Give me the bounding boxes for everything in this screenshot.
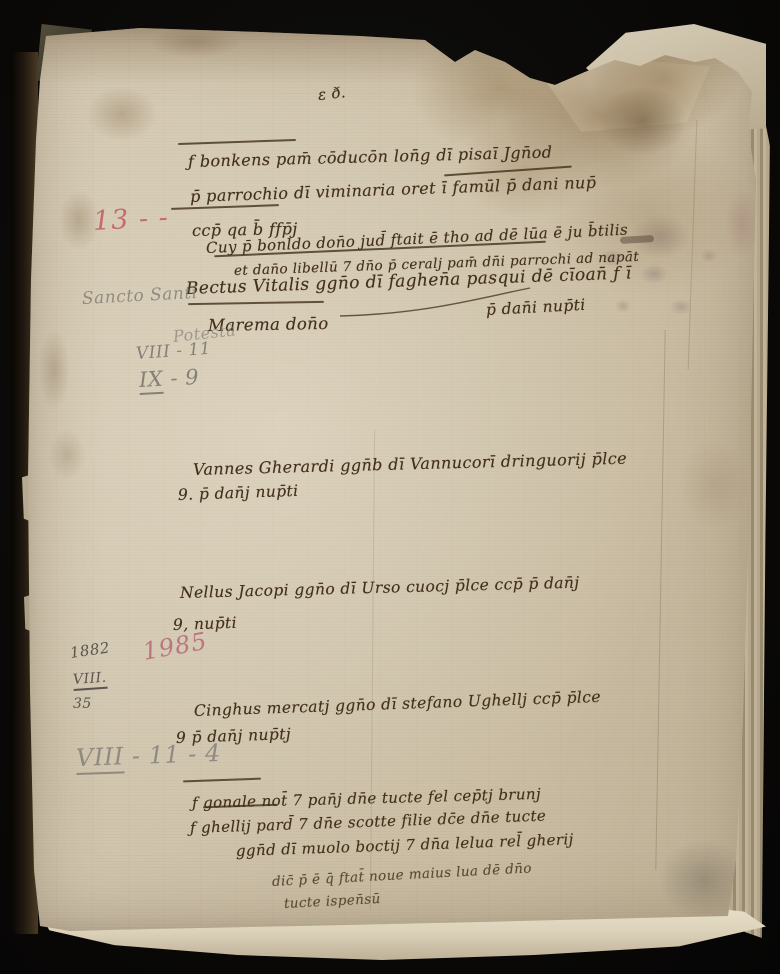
header-mark: ɛ ð. xyxy=(317,83,347,104)
flourish-line xyxy=(330,280,550,330)
ink-line: Cinghus mercatj ggn̄o dī stefano Ughellj… xyxy=(194,688,602,720)
ink-line: Vannes Gherardi ggn̄b dī Vannucorī dring… xyxy=(193,449,627,479)
strike-mark xyxy=(188,301,324,305)
pencil-names-annotation: Sancto Santi xyxy=(81,283,198,309)
roman-numeral: VIII xyxy=(135,342,171,364)
show-through-stain xyxy=(725,189,759,259)
photo-backdrop: ɛ ð. ƒ bonkens pam̄ cōducōn lon̄g dī pis… xyxy=(0,0,780,974)
reference-number: - 9 xyxy=(163,365,200,391)
ink-line: Nellus Jacopi ggn̄o dī Urso cuocj p̄lce … xyxy=(180,574,580,602)
strike-mark xyxy=(178,139,296,145)
roman-numeral: IX xyxy=(138,367,164,395)
reference-number: - 11 - 4 xyxy=(123,739,221,770)
strike-mark xyxy=(183,778,261,783)
ink-line: ƒ bonkens pam̄ cōducōn lon̄g dī pisaī Jg… xyxy=(188,142,553,171)
roman-numeral: VIII xyxy=(76,742,125,775)
edge-stain xyxy=(48,429,86,481)
pencil-reference-viii-11: VIII - 11 xyxy=(135,339,211,364)
spot-stain xyxy=(700,249,718,263)
strike-mark xyxy=(171,204,279,210)
ink-line: ggn̄d dī muolo boctij 7 dn̄a lelua rel̄ … xyxy=(236,830,574,860)
ink-line: tucte ispen̄sū xyxy=(284,891,381,912)
reference-number: - 11 xyxy=(170,339,212,362)
ink-line: p̄ parrochio dī viminaria oret ī famūl p… xyxy=(190,173,597,206)
ink-line: dic̄ p̄ ē q̄ ftat̄ noue maius lua dē dn̄… xyxy=(272,860,533,890)
roman-numeral: VIII. xyxy=(72,670,107,691)
spot-stain xyxy=(615,299,631,313)
graphite-year-annotation: 1882 xyxy=(69,638,111,661)
red-folio-number: 13 - - xyxy=(92,202,169,237)
spot-stain xyxy=(640,264,668,284)
manuscript-page: ɛ ð. ƒ bonkens pam̄ cōducōn lon̄g dī pis… xyxy=(20,24,768,936)
ink-line: 9. p̄ dan̄j nup̄ti xyxy=(178,482,299,504)
crease-line xyxy=(688,120,698,370)
pencil-reference-ix-9: IX - 9 xyxy=(138,365,199,392)
pencil-reference-viii-11-4: VIII - 11 - 4 xyxy=(76,739,222,772)
graphite-roman-annotation: VIII. xyxy=(72,670,107,688)
red-year-annotation: 1985 xyxy=(141,627,210,666)
spot-stain xyxy=(670,299,692,315)
faint-stain xyxy=(680,439,750,531)
edge-stain xyxy=(38,329,70,411)
water-stain xyxy=(455,119,595,219)
corner-stain xyxy=(86,86,158,142)
crease-line xyxy=(655,330,665,870)
graphite-number-annotation: 35 xyxy=(73,696,92,712)
